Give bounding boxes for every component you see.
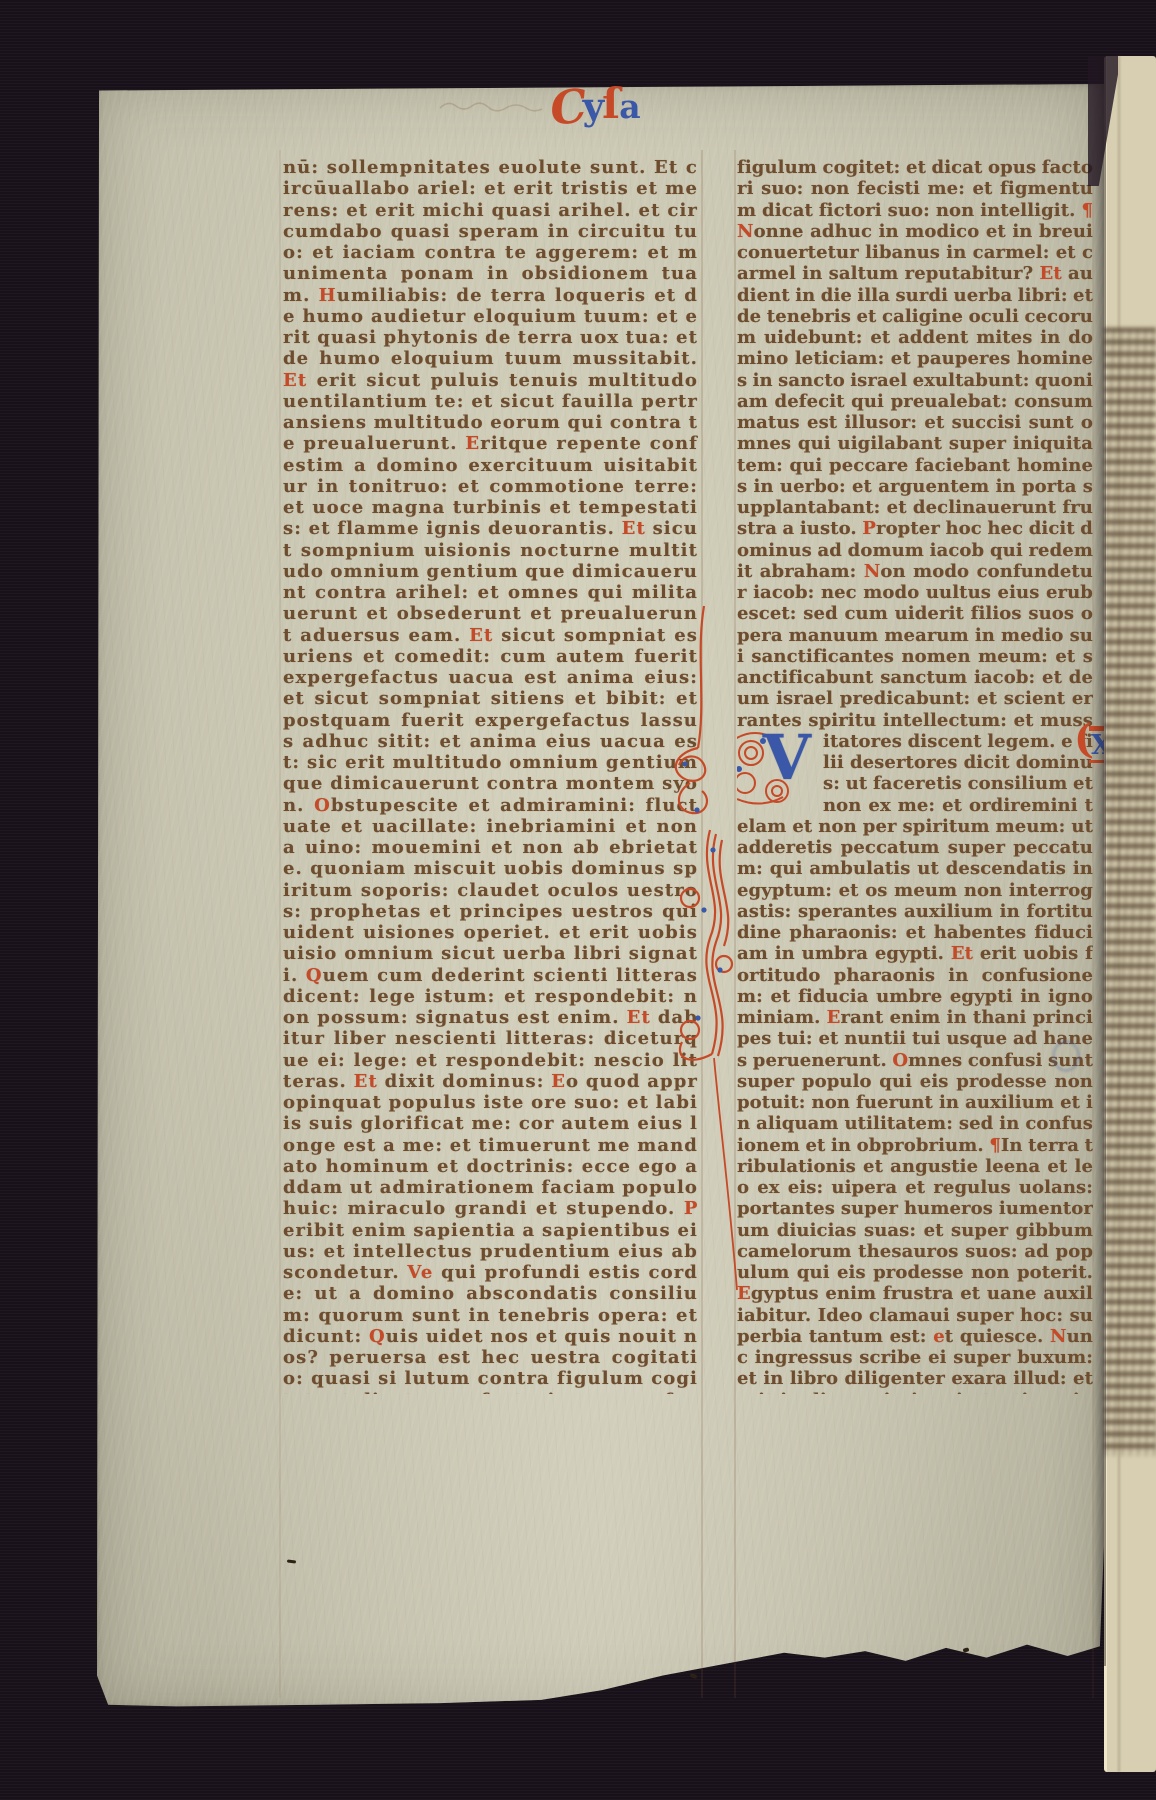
text-column-right: figulum cogitet: et dicat opus factori s… — [737, 157, 1093, 1394]
faint-marginal-scribble — [436, 96, 546, 116]
text-segment: umiliabis: de terra loqueris et de humo … — [283, 285, 698, 370]
rubricated-text-segment: Et — [1040, 263, 1062, 284]
text-segment: figulum cogitet: et dicat opus factori s… — [737, 157, 1093, 221]
text-segment: bstupescite et admiramini: fluctuate et … — [283, 795, 698, 986]
rubricated-text-segment: E — [465, 433, 480, 454]
chapter-marker-bracket: ( — [1073, 723, 1094, 756]
ink-speck — [690, 1673, 698, 1679]
rubricated-text-segment: E — [827, 1007, 841, 1028]
rubricated-text-segment: P — [862, 518, 876, 539]
running-title-letter: a — [619, 90, 640, 123]
rubricated-text-segment: O — [892, 1050, 908, 1071]
rubricated-text-segment: N — [1050, 1326, 1067, 1347]
running-title-ysa: Cyſa — [550, 82, 641, 132]
rubricated-text-segment: Et — [283, 370, 307, 391]
text-segment: dixit dominus: — [378, 1071, 551, 1092]
running-title-letter: y — [583, 88, 605, 125]
text-segment: sicut sompniat esuriens et comedit: cum … — [283, 625, 698, 816]
text-segment: nū: sollempnitates euolute sunt. Et circ… — [283, 157, 698, 306]
text-segment: t quiesce. — [945, 1326, 1050, 1347]
running-title-letter: ſ — [602, 83, 620, 125]
rubricated-text-segment: Ve — [407, 1262, 433, 1283]
rubricated-text-segment: ¶ — [989, 1135, 1001, 1156]
rubricated-text-segment: Et — [469, 625, 493, 646]
ruling-line-intercolumn-2 — [734, 150, 736, 1698]
text-segment: o quod appropinquat populus iste ore suo… — [283, 1071, 698, 1220]
photograph-of-manuscript: { "manuscript": { "description": "Mediev… — [0, 0, 1156, 1800]
rubricated-text-segment: Et — [627, 1007, 651, 1028]
rubricated-text-segment: P — [684, 1198, 698, 1219]
rubricated-text-segment: E — [737, 1283, 751, 1304]
text-segment: audient in die illa surdi uerba libri: e… — [737, 263, 1093, 539]
rubricated-text-segment: N — [864, 561, 881, 582]
initial-letter: V — [763, 727, 811, 789]
rubricated-text-segment: Q — [306, 965, 323, 986]
fore-edge-pages — [1104, 56, 1156, 1772]
text-segment: In terra tribulationis et angustie leena… — [737, 1135, 1093, 1284]
rubricated-text-segment: Et — [622, 518, 646, 539]
text-column-left: nū: sollempnitates euolute sunt. Et circ… — [283, 157, 698, 1394]
ruling-line-intercolumn-1 — [701, 150, 703, 1698]
rubricated-text-segment: Et — [354, 1071, 378, 1092]
blue-ghost-mark — [1052, 1040, 1080, 1072]
fore-edge-text-blur — [1104, 328, 1156, 1456]
decorated-initial-V: V — [737, 733, 815, 799]
rubricated-text-segment: O — [314, 795, 331, 816]
rubricated-text-segment: e — [933, 1326, 945, 1347]
ruling-line-left — [279, 150, 281, 1698]
rubricated-text-segment: E — [551, 1071, 566, 1092]
rubricated-text-segment: H — [319, 285, 337, 306]
page-gap-shadow — [1092, 56, 1106, 1666]
rubricated-text-segment: Q — [369, 1326, 386, 1347]
rubricated-text-segment: Et — [951, 943, 973, 964]
